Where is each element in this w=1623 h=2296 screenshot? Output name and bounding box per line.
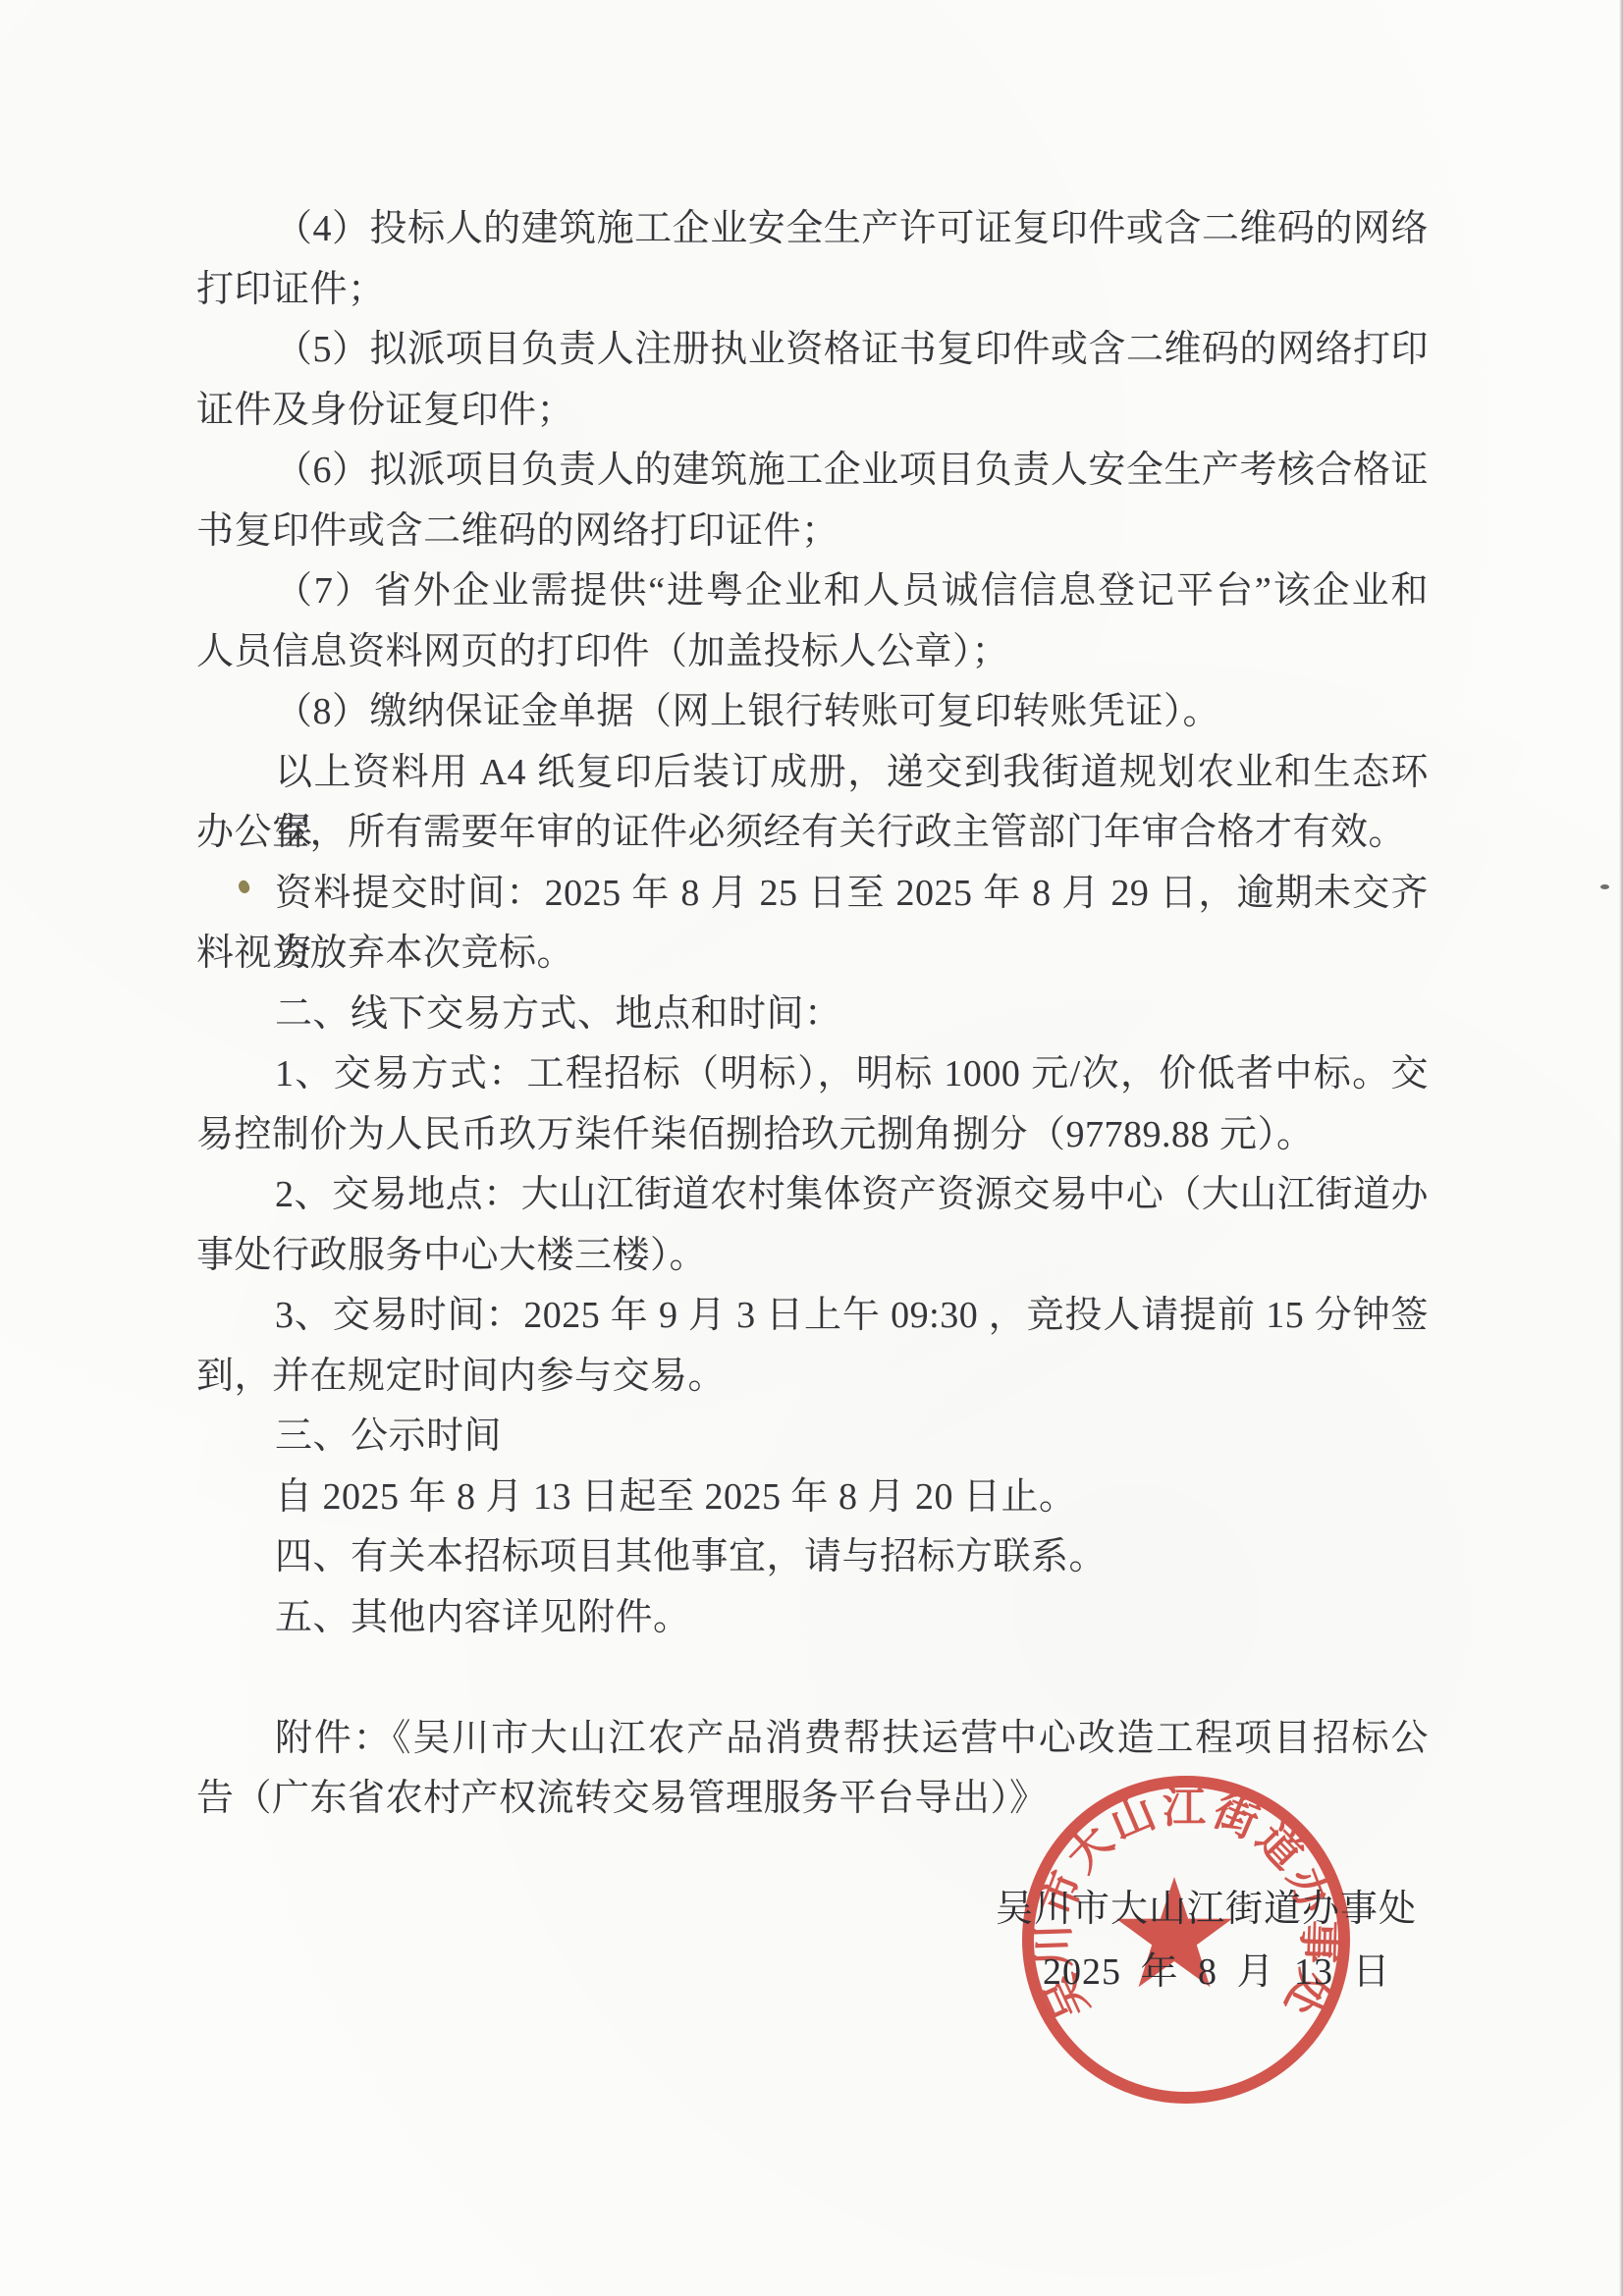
text-line: 三、公示时间: [196, 1407, 1429, 1468]
text-line: 书复印件或含二维码的网络打印证件；: [196, 502, 1429, 562]
text-line: 附件：《吴川市大山江农产品消费帮扶运营中心改造工程项目招标公: [196, 1709, 1429, 1770]
text-line: [196, 1648, 1429, 1709]
text-line: 自 2025 年 8 月 13 日起至 2025 年 8 月 20 日止。: [196, 1468, 1429, 1528]
text-line: 人员信息资料网页的打印件（加盖投标人公章）；: [196, 622, 1429, 683]
text-line: 以上资料用 A4 纸复印后装订成册，递交到我街道规划农业和生态环保: [196, 743, 1429, 804]
issue-date: 2025 年 8 月 13 日: [1043, 1943, 1391, 2003]
text-line: 二、线下交易方式、地点和时间：: [196, 985, 1429, 1045]
text-line: 事处行政服务中心大楼三楼）。: [196, 1226, 1429, 1287]
text-line: （5）拟派项目负责人注册执业资格证书复印件或含二维码的网络打印: [196, 320, 1429, 381]
text-line: （4）投标人的建筑施工企业安全生产许可证复印件或含二维码的网络: [196, 199, 1429, 260]
text-line: 3、交易时间：2025 年 9 月 3 日上午 09:30 ，竞投人请提前 15…: [196, 1286, 1429, 1347]
text-line: 料视为放弃本次竞标。: [196, 924, 1429, 985]
ink-speck: [1600, 884, 1609, 889]
text-line: 2、交易地点：大山江街道农村集体资产资源交易中心（大山江街道办: [196, 1165, 1429, 1226]
scan-edge-shadow: [1619, 0, 1623, 2296]
text-line: 到，并在规定时间内参与交易。: [196, 1347, 1429, 1408]
text-line: 资料提交时间：2025 年 8 月 25 日至 2025 年 8 月 29 日，…: [196, 864, 1429, 925]
text-line: 办公室，所有需要年审的证件必须经有关行政主管部门年审合格才有效。: [196, 803, 1429, 864]
text-line: （6）拟派项目负责人的建筑施工企业项目负责人安全生产考核合格证: [196, 441, 1429, 502]
text-line: 五、其他内容详见附件。: [196, 1588, 1429, 1649]
text-line: （8）缴纳保证金单据（网上银行转账可复印转账凭证）。: [196, 682, 1429, 743]
text-line: 四、有关本招标项目其他事宜，请与招标方联系。: [196, 1527, 1429, 1588]
text-line: （7）省外企业需提供“进粤企业和人员诚信信息登记平台”该企业和: [196, 561, 1429, 622]
document-body: （4）投标人的建筑施工企业安全生产许可证复印件或含二维码的网络打印证件；（5）拟…: [196, 199, 1429, 1830]
scanned-document-page: （4）投标人的建筑施工企业安全生产许可证复印件或含二维码的网络打印证件；（5）拟…: [0, 0, 1623, 2296]
text-line: 打印证件；: [196, 260, 1429, 321]
text-line: 1、交易方式：工程招标（明标），明标 1000 元/次，价低者中标。交: [196, 1044, 1429, 1105]
text-line: 证件及身份证复印件；: [196, 381, 1429, 442]
text-line: 易控制价为人民币玖万柒仟柒佰捌拾玖元捌角捌分（97789.88 元）。: [196, 1105, 1429, 1166]
issuer-signature: 吴川市大山江街道办事处: [196, 1880, 1417, 1941]
